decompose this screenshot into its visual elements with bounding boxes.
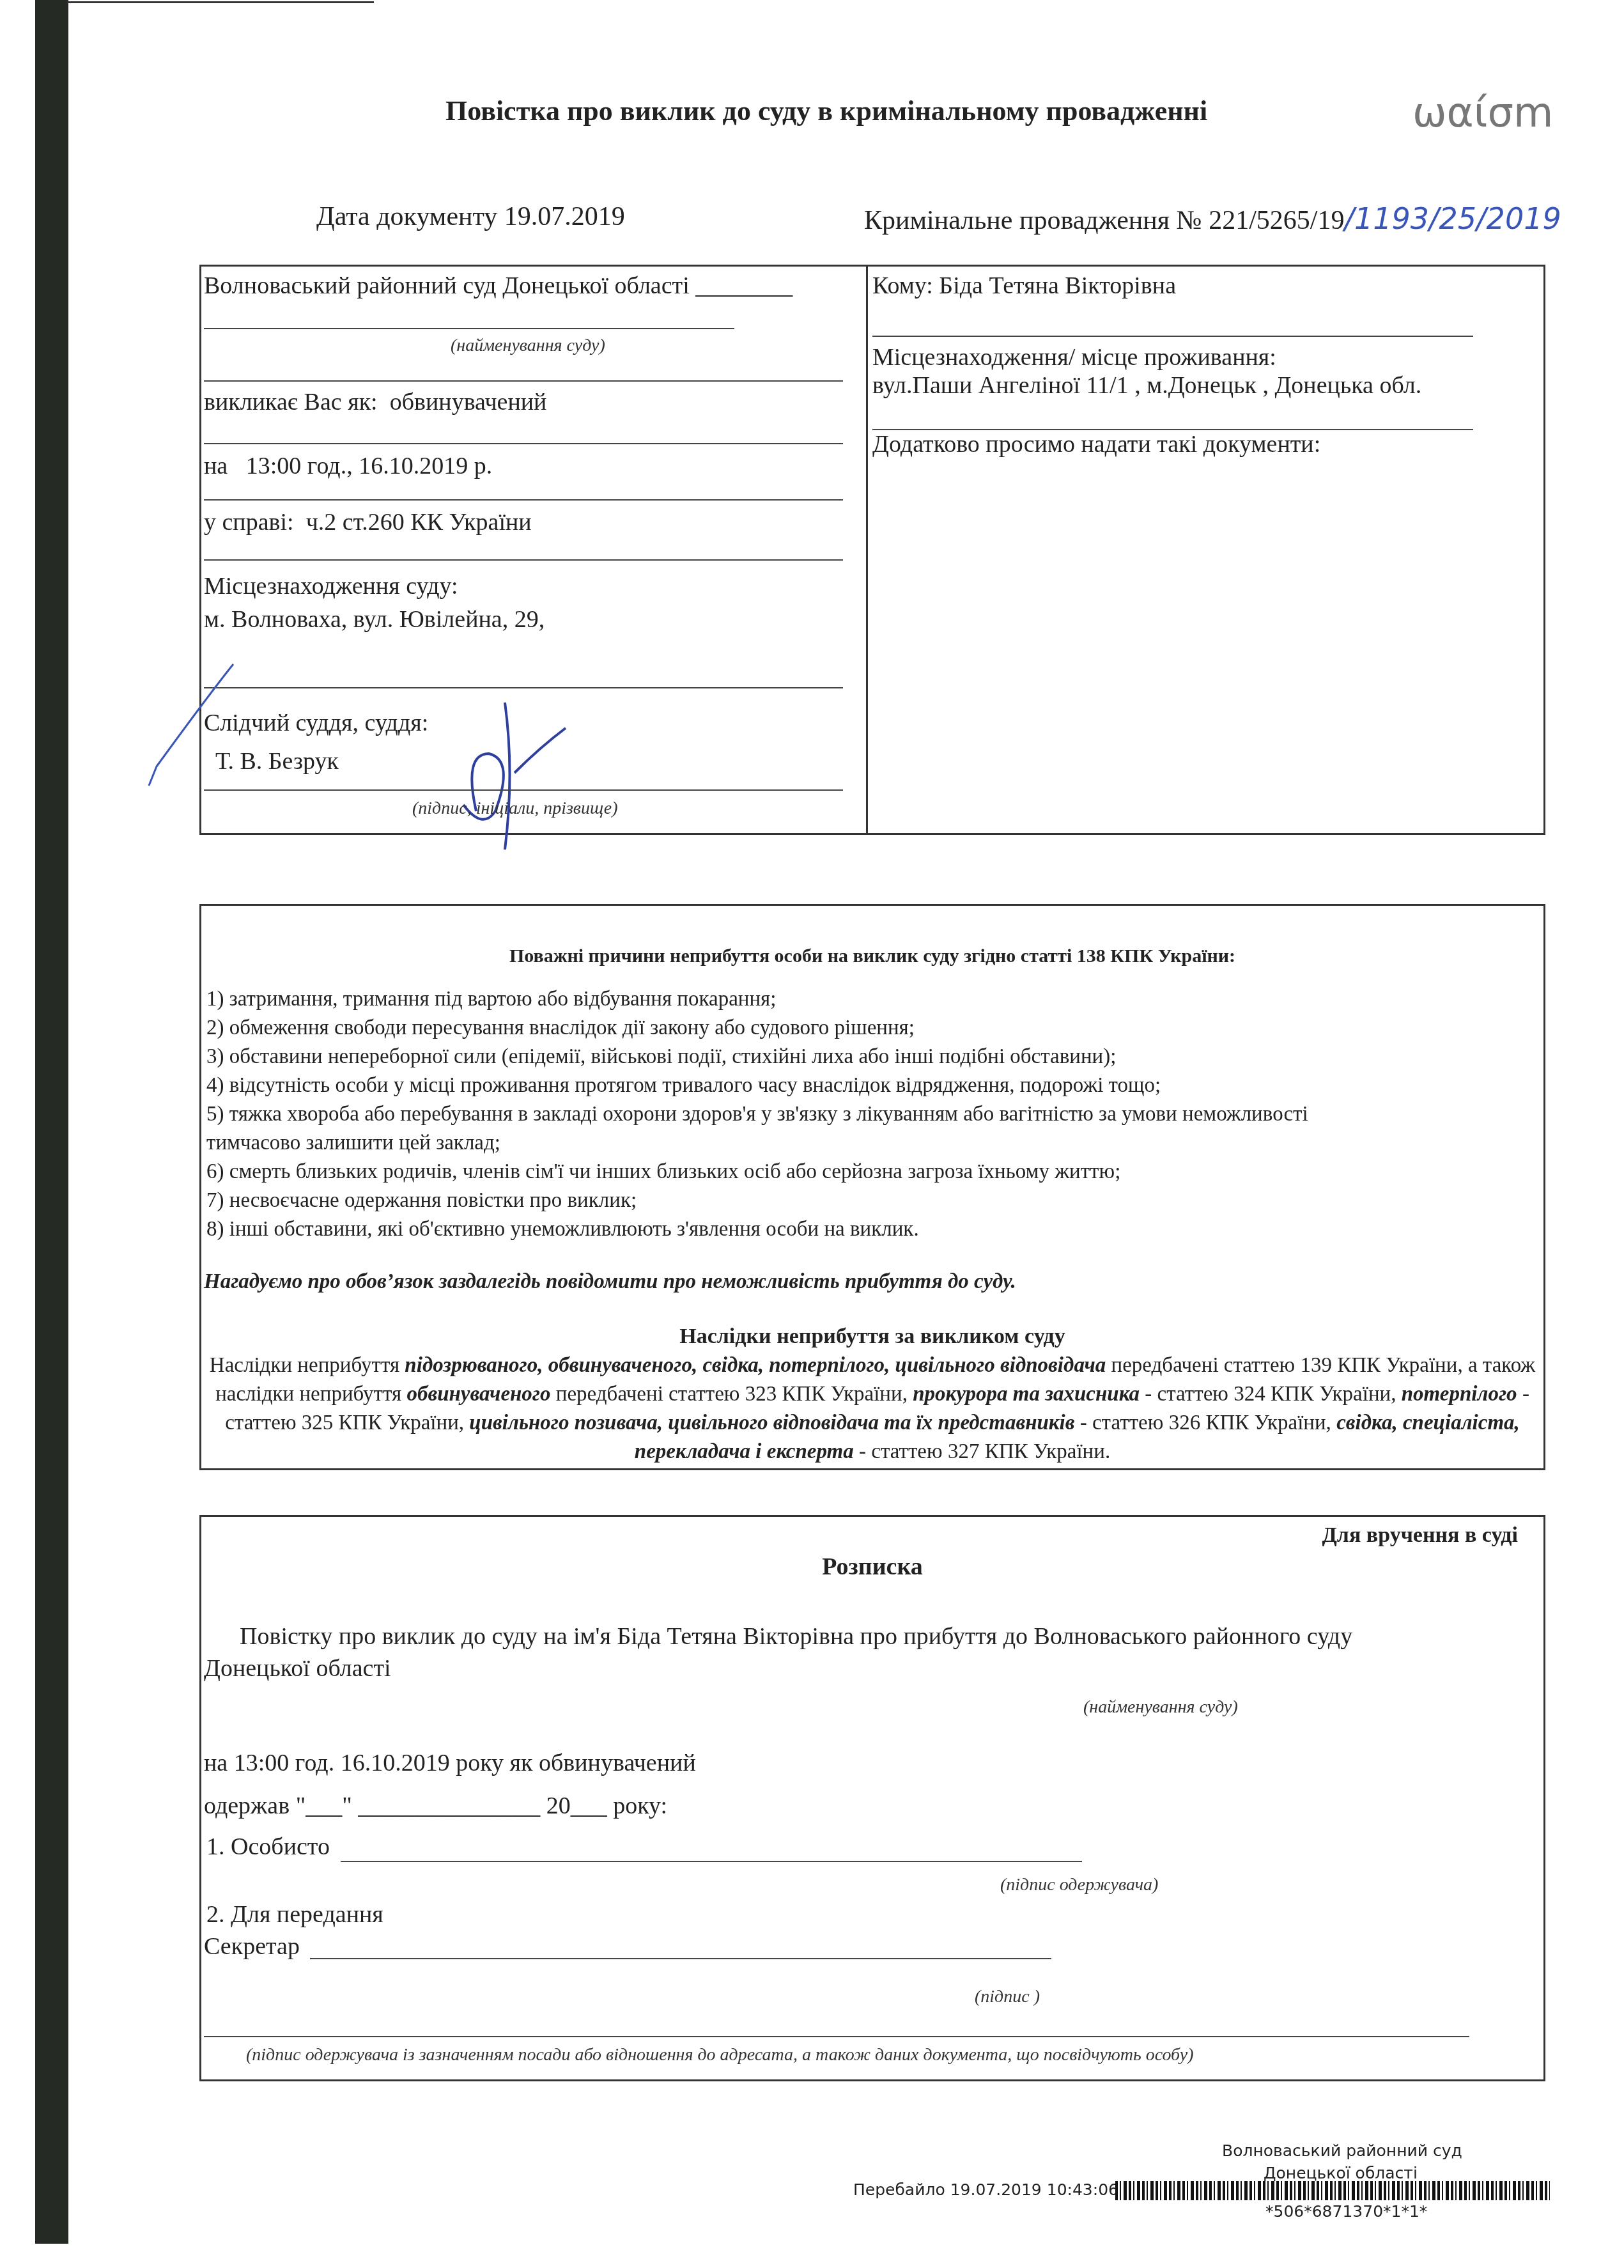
reason-item: 5) тяжка хвороба або перебування в закла… — [206, 1103, 1308, 1126]
secretary-label: Секретар — [204, 1932, 300, 1961]
valid-reasons-box: Поважні причини неприбуття особи на викл… — [199, 904, 1545, 1470]
receipt-box: Для вручення в суді Розписка Повістку пр… — [199, 1515, 1545, 2081]
reason-item: 8) інші обставини, які об'єктивно унемож… — [206, 1218, 919, 1241]
rule — [204, 559, 843, 561]
consequence-text: - статтею 324 КПК України, — [1140, 1383, 1402, 1406]
handwritten-case-suffix: /1193/25/2019 — [1345, 201, 1561, 236]
rule — [204, 443, 843, 444]
reason-item: 1) затримання, тримання під вартою або в… — [206, 988, 776, 1011]
judge-signature-icon — [131, 658, 706, 850]
valid-reasons-heading: Поважні причини неприбуття особи на викл… — [201, 945, 1543, 967]
reason-item: 3) обставини непереборної сили (епідемії… — [206, 1045, 1116, 1069]
court-location-value: м. Волноваха, вул. Ювілейна, 29, — [204, 605, 545, 633]
court-name: Волноваський районний суд Донецької обла… — [204, 272, 793, 300]
receipt-heading: Розписка — [201, 1553, 1543, 1581]
party-emphasis: підозрюваного, обвинуваченого, свідка, п… — [405, 1354, 1106, 1377]
final-signature-line[interactable] — [204, 2036, 1469, 2037]
date-label: Дата документу — [316, 202, 497, 231]
party-emphasis: цивільного позивача, цивільного відповід… — [469, 1411, 1074, 1434]
case-article: у справі: ч.2 ст.260 КК України — [204, 508, 532, 536]
document-date: Дата документу 19.07.2019 — [316, 201, 625, 232]
summons-as-value: обвинувачений — [390, 389, 547, 416]
consequences-text: Наслідки неприбуття підозрюваного, обвин… — [208, 1351, 1537, 1466]
summons-box: Волноваський районний суд Донецької обла… — [199, 265, 1545, 835]
scan-edge-top — [67, 1, 374, 3]
received-date-line: одержав "___" _______________ 20___ року… — [204, 1792, 667, 1820]
receipt-court-caption: (найменування суду) — [1083, 1697, 1238, 1718]
final-caption: (підпис одержувача із зазначенням посади… — [246, 2045, 1194, 2065]
datetime-value: 13:00 год., 16.10.2019 р. — [246, 453, 492, 479]
transfer-label: 2. Для передання — [206, 1900, 383, 1929]
handwritten-note: ωαίσm — [1412, 89, 1553, 137]
case-label: Кримінальне провадження № — [864, 206, 1202, 235]
secretary-signature-caption: (підпис ) — [975, 1987, 1040, 2007]
secretary-signature-line[interactable] — [310, 1958, 1051, 1959]
rule — [204, 789, 843, 791]
personally-label: 1. Особисто — [206, 1833, 330, 1861]
party-emphasis: прокурора та захисника — [913, 1383, 1140, 1406]
rule — [872, 336, 1473, 337]
personally-signature-line[interactable] — [341, 1861, 1082, 1862]
court-name-caption: (найменування суду) — [451, 336, 605, 356]
court-location-label: Місцезнаходження суду: — [204, 572, 458, 600]
consequences-heading: Наслідки неприбуття за викликом суду — [201, 1324, 1543, 1349]
reminder-text: Нагадуємо про обов’язок заздалегідь пові… — [204, 1270, 1016, 1294]
recipient-name: Біда Тетяна Вікторівна — [939, 272, 1176, 299]
summons-as: викликає Вас як: обвинувачений — [204, 388, 546, 416]
case-number: Кримінальне провадження № 221/5265/19/11… — [864, 201, 1561, 236]
rule — [204, 328, 734, 329]
recipient-signature-caption: (підпис одержувача) — [1000, 1875, 1158, 1895]
reason-item: 6) смерть близьких родичів, членів сім'ї… — [206, 1160, 1120, 1184]
barcode-text: *506*6871370*1*1* — [1265, 2202, 1427, 2221]
barcode-icon — [1115, 2181, 1550, 2200]
reason-item: 2) обмеження свободи пересування внаслід… — [206, 1016, 915, 1040]
consequence-text: - статтею 326 КПК України, — [1074, 1411, 1336, 1434]
receipt-time-line: на 13:00 год. 16.10.2019 року як обвинув… — [204, 1749, 696, 1777]
document-title: Повістка про виклик до суду в кримінальн… — [445, 95, 1207, 127]
party-emphasis: обвинуваченого — [406, 1383, 550, 1406]
rule — [204, 380, 843, 382]
receipt-text-line1: Повістку про виклик до суду на ім'я Біда… — [240, 1622, 1352, 1651]
consequence-text: передбачені статтею 323 КПК України, — [551, 1383, 913, 1406]
footer-court-line1: Волноваський районний суд — [1222, 2141, 1462, 2160]
date-value: 19.07.2019 — [504, 202, 625, 231]
reason-item: тимчасово залишити цей заклад; — [206, 1131, 500, 1155]
column-divider — [866, 267, 868, 833]
footer-court-line2: Донецької області — [1264, 2164, 1418, 2182]
address-value: вул.Паши Ангеліної 11/1 , м.Донецьк , До… — [872, 371, 1421, 400]
for-court-label: Для вручення в суді — [1322, 1523, 1518, 1548]
documents-label: Додатково просимо надати такі документи: — [872, 430, 1320, 458]
scan-edge-bar — [35, 0, 68, 2244]
appearance-datetime: на 13:00 год., 16.10.2019 р. — [204, 452, 492, 480]
receipt-text-line2: Донецької області — [204, 1654, 391, 1682]
address-label: Місцезнаходження/ місце проживання: — [872, 343, 1276, 371]
recipient-to: Кому: Біда Тетяна Вікторівна — [872, 272, 1176, 300]
consequence-text: Наслідки неприбуття — [210, 1354, 405, 1377]
signature-caption: (підпис, ініціали, прізвище) — [412, 798, 618, 819]
reason-item: 7) несвоєчасне одержання повістки про ви… — [206, 1189, 637, 1213]
case-number-value: 221/5265/19 — [1209, 206, 1344, 235]
reason-item: 4) відсутність особи у місці проживання … — [206, 1074, 1161, 1098]
rule — [204, 499, 843, 501]
consequence-text: - статтею 327 КПК України. — [854, 1440, 1110, 1463]
clerk-stamp: Перебайло 19.07.2019 10:43:06 — [853, 2180, 1118, 2199]
case-article-value: ч.2 ст.260 КК України — [306, 509, 532, 536]
party-emphasis: потерпілого — [1402, 1383, 1517, 1406]
